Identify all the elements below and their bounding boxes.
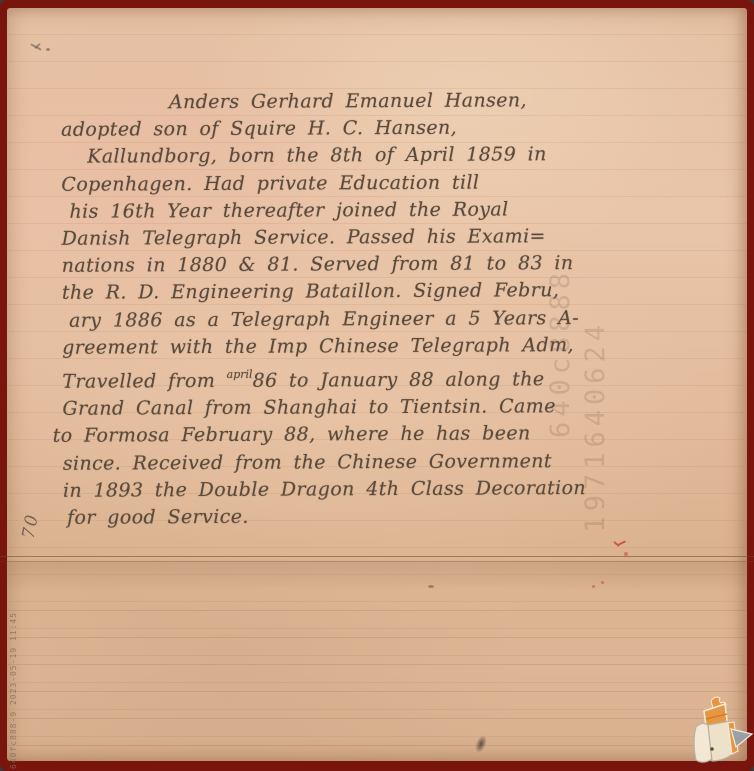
letter-line: nations in 1880 & 81. Served from 81 to … [62,249,734,280]
scanner-id-watermark: 640fc888-9 2023-05-19 11:45 [9,612,18,769]
red-pencil-dots [592,581,608,591]
red-pencil-check-mark [612,540,626,550]
superscript-insert: april [227,368,253,381]
letter-line: Anders Gerhard Emanuel Hansen, [169,86,733,116]
letter-line: Grand Canal from Shanghai to Tientsin. C… [62,392,734,423]
archive-ship-logo [678,689,754,771]
handwritten-letter-text: Anders Gerhard Emanuel Hansen,adopted so… [61,86,735,532]
letter-line: greement with the Imp Chinese Telegraph … [62,331,734,362]
letter-line: Kallundborg, born the 8th of April 1859 … [87,141,733,172]
letter-line: since. Received from the Chinese Governm… [63,447,735,478]
pencil-scribble-mark [30,40,52,56]
letter-line: adopted son of Squire H. C. Hansen, [61,113,733,144]
fold-shadow-band [7,561,747,587]
letter-line: Danish Telegraph Service. Passed his Exa… [62,222,734,253]
letter-line: ary 1886 as a Telegraph Engineer a 5 Yea… [69,304,734,335]
letter-line: for good Service. [67,501,735,532]
letter-line: his 16th Year thereafter joined the Roya… [69,195,733,226]
red-speck [624,552,628,556]
ship-icon [678,689,754,771]
paper-speck [428,585,434,588]
letter-line: the R. D. Engineering Bataillon. Signed … [62,277,734,308]
letter-line: Copenhagen. Had private Education till [61,168,733,199]
letter-line: to Formosa February 88, where he has bee… [53,420,735,451]
letter-line: in 1893 the Double Dragon 4th Class Deco… [63,474,735,505]
scanned-document: 640c8888 1971640624 Anders Gerhard Emanu… [0,0,754,771]
letter-line: Travelled from april86 to January 88 alo… [62,358,734,396]
